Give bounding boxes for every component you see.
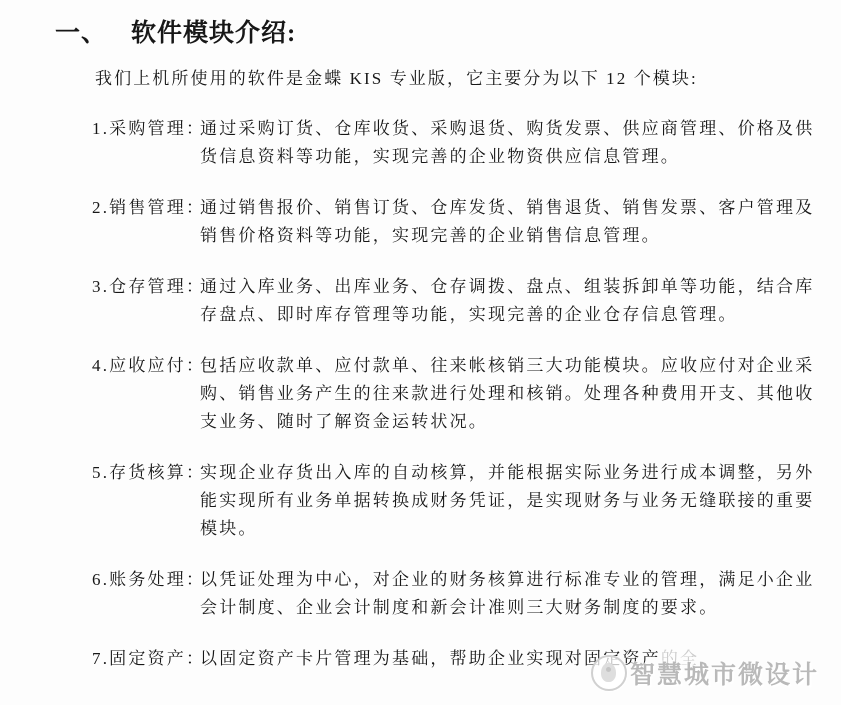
- module-list: 1.采购管理： 通过采购订货、仓库收货、采购退货、购货发票、供应商管理、价格及供…: [92, 115, 841, 673]
- module-label: 3.仓存管理：: [92, 273, 200, 301]
- document-title: 一、 软件模块介绍:: [0, 0, 841, 50]
- module-item-1: 1.采购管理： 通过采购订货、仓库收货、采购退货、购货发票、供应商管理、价格及供…: [92, 115, 841, 171]
- module-label: 7.固定资产：: [92, 645, 200, 673]
- module-label: 5.存货核算：: [92, 459, 200, 487]
- module-text-visible: 以固定资产卡片管理为基础，帮助企业实现对固定资产: [200, 649, 661, 668]
- module-item-4: 4.应收应付： 包括应收款单、应付款单、往来帐核销三大功能模块。应收应付对企业采…: [92, 352, 841, 436]
- module-item-7: 7.固定资产： 以固定资产卡片管理为基础，帮助企业实现对固定资产的全: [92, 645, 841, 673]
- module-text: 通过采购订货、仓库收货、采购退货、购货发票、供应商管理、价格及供货信息资料等功能…: [200, 115, 817, 171]
- module-text: 通过销售报价、销售订货、仓库发货、销售退货、销售发票、客户管理及销售价格资料等功…: [200, 194, 817, 250]
- module-item-6: 6.账务处理： 以凭证处理为中心，对企业的财务核算进行标准专业的管理，满足小企业…: [92, 566, 841, 622]
- module-text-faded: 的全: [661, 649, 699, 668]
- module-text: 包括应收款单、应付款单、往来帐核销三大功能模块。应收应付对企业采购、销售业务产生…: [200, 352, 817, 436]
- module-item-3: 3.仓存管理： 通过入库业务、出库业务、仓存调拨、盘点、组装拆卸单等功能，结合库…: [92, 273, 841, 329]
- document-body: 我们上机所使用的软件是金蝶 KIS 专业版，它主要分为以下 12 个模块: 1.…: [0, 50, 841, 673]
- module-text: 通过入库业务、出库业务、仓存调拨、盘点、组装拆卸单等功能，结合库存盘点、即时库存…: [200, 273, 817, 329]
- document-page: 一、 软件模块介绍: 我们上机所使用的软件是金蝶 KIS 专业版，它主要分为以下…: [0, 0, 841, 705]
- title-numbering: 一、: [55, 18, 107, 50]
- module-text: 以凭证处理为中心，对企业的财务核算进行标准专业的管理，满足小企业会计制度、企业会…: [200, 566, 817, 622]
- intro-paragraph: 我们上机所使用的软件是金蝶 KIS 专业版，它主要分为以下 12 个模块:: [95, 65, 795, 93]
- module-label: 6.账务处理：: [92, 566, 200, 594]
- module-label: 2.销售管理：: [92, 194, 200, 222]
- module-label: 4.应收应付：: [92, 352, 200, 380]
- title-text: 软件模块介绍:: [131, 18, 296, 50]
- module-item-2: 2.销售管理： 通过销售报价、销售订货、仓库发货、销售退货、销售发票、客户管理及…: [92, 194, 841, 250]
- module-label: 1.采购管理：: [92, 115, 200, 143]
- module-text: 实现企业存货出入库的自动核算，并能根据实际业务进行成本调整，另外能实现所有业务单…: [200, 459, 817, 543]
- module-text: 以固定资产卡片管理为基础，帮助企业实现对固定资产的全: [200, 645, 817, 673]
- module-item-5: 5.存货核算： 实现企业存货出入库的自动核算，并能根据实际业务进行成本调整，另外…: [92, 459, 841, 543]
